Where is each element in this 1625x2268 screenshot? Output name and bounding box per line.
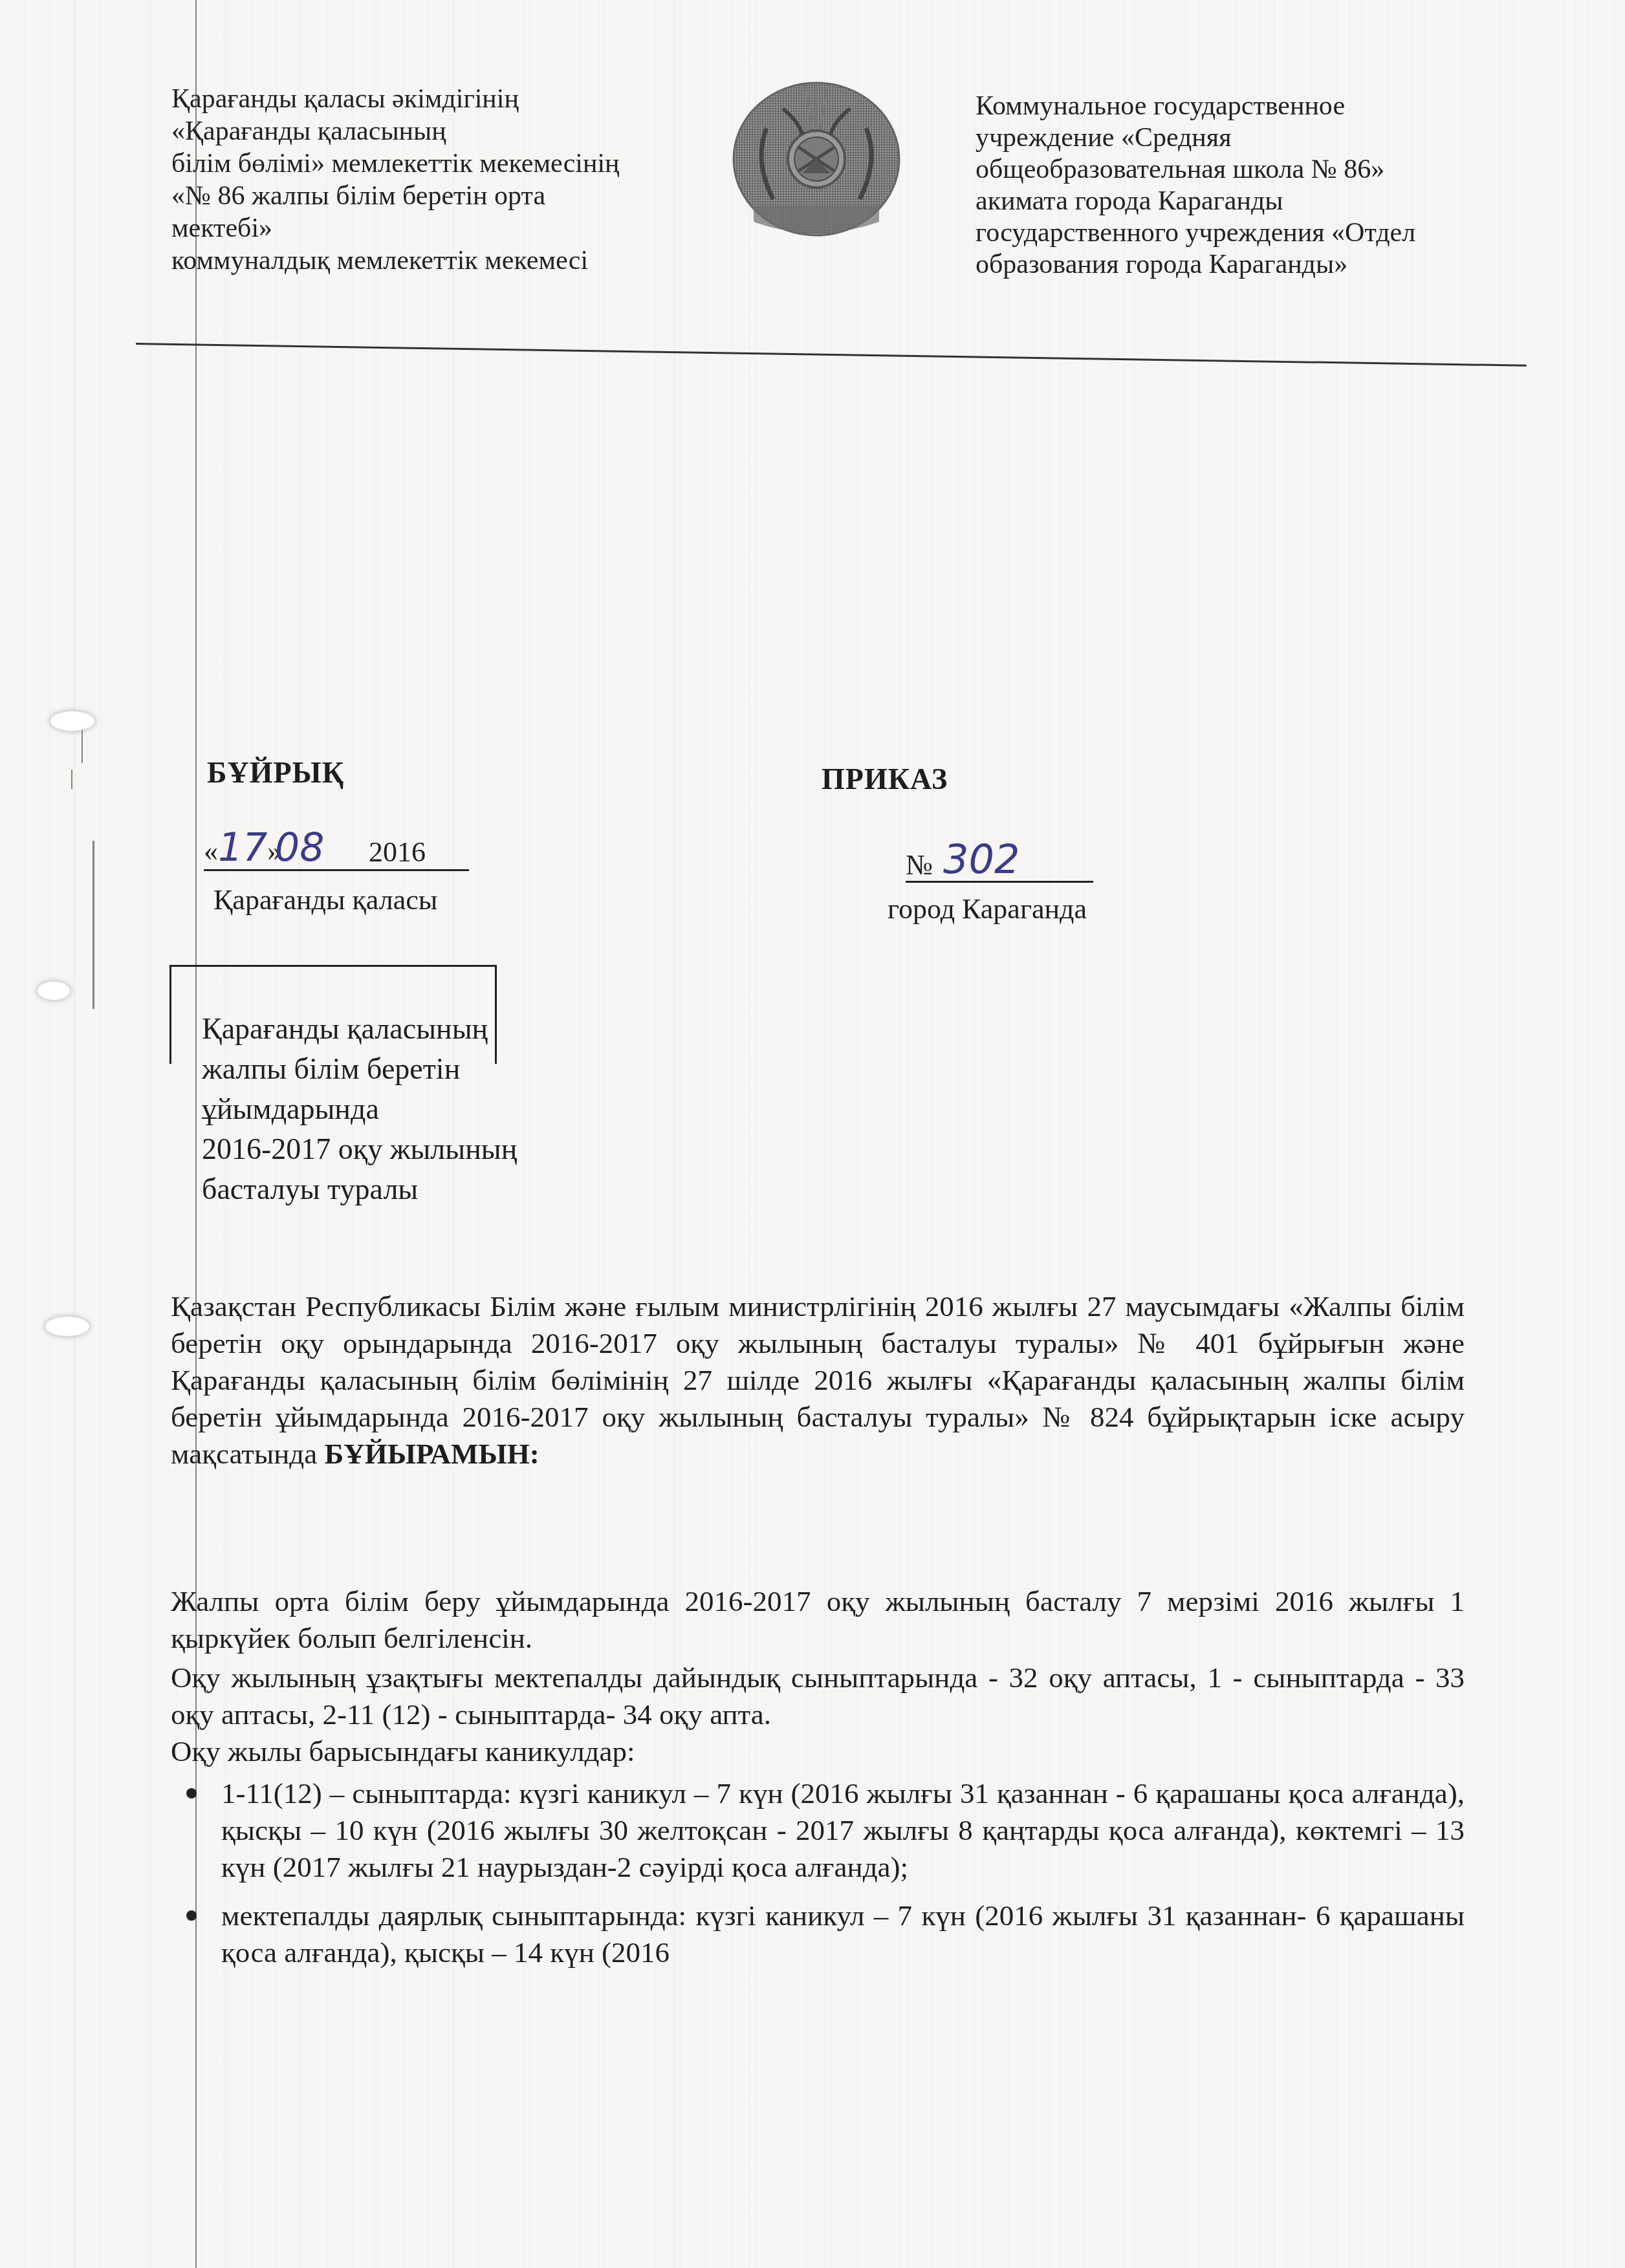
vacation-text: мектепалды даярлық сыныптарында: күзгі к… (221, 1899, 1465, 1969)
subject-line: басталуы туралы (202, 1169, 517, 1209)
number-sign: № (906, 848, 933, 881)
header-org-ru-line: акимата города Караганды (976, 186, 1532, 217)
punch-hole (50, 711, 94, 731)
order-number: № 302 (906, 847, 1093, 883)
city-kz: Қарағанды қаласы (213, 883, 437, 916)
scan-streak (71, 770, 72, 789)
subject-line: жалпы білім беретін (202, 1049, 517, 1089)
duration-paragraph: Оқу жылының ұзақтығы мектепалды дайындық… (171, 1659, 1465, 1733)
header-org-ru-line: общеобразовательная школа № 86» (976, 154, 1532, 186)
header-org-ru: Коммунальное государственное учреждение … (976, 91, 1532, 281)
order-date: «17» 08 2016 (204, 834, 469, 871)
header-org-kz-line: «№ 86 жалпы білім беретін орта (171, 180, 728, 212)
order-date-day: «17» (204, 825, 281, 870)
header-org-kz-line: мектебі» (171, 212, 728, 244)
header-org-kz-line: білім бөлімі» мемлекеттік мекемесінің (171, 147, 728, 180)
start-date-paragraph: Жалпы орта білім беру ұйымдарында 2016-2… (171, 1583, 1465, 1657)
header-divider (136, 343, 1527, 367)
order-directive: БҰЙЫРАМЫН: (324, 1438, 539, 1470)
list-item: мектепалды даярлық сыныптарында: күзгі к… (171, 1897, 1465, 1971)
header-org-kz-line: коммуналдық мемлекеттік мекемесі (171, 244, 728, 277)
preamble-paragraph: Қазақстан Республикасы Білім және ғылым … (171, 1288, 1465, 1473)
order-date-year: 2016 (369, 836, 426, 869)
header-org-ru-line: государственного учреждения «Отдел (976, 217, 1532, 249)
city-ru: город Караганда (888, 892, 1087, 925)
state-emblem-icon (728, 76, 906, 248)
vacation-text: 1-11(12) – сыныптарда: күзгі каникул – 7… (221, 1777, 1465, 1883)
punch-hole (45, 1317, 89, 1336)
subject-line: Қарағанды қаласының (202, 1009, 517, 1049)
header-org-ru-line: образования города Караганды» (976, 249, 1532, 281)
list-item: 1-11(12) – сыныптарда: күзгі каникул – 7… (171, 1775, 1465, 1886)
order-date-month: 08 (275, 825, 324, 870)
bullet-icon (186, 1910, 197, 1921)
vacations-list: 1-11(12) – сыныптарда: күзгі каникул – 7… (171, 1775, 1465, 1983)
header-org-kz-line: «Қарағанды қаласының (171, 115, 728, 147)
scan-streak (82, 728, 83, 763)
punch-hole (38, 982, 70, 1000)
order-title-kz: БҰЙРЫҚ (207, 755, 344, 790)
subject-line: ұйымдарында (202, 1089, 517, 1129)
vacations-intro: Оқу жылы барысындағы каникулдар: (171, 1733, 1465, 1770)
order-subject: Қарағанды қаласының жалпы білім беретін … (202, 1009, 517, 1209)
header-org-kz-line: Қарағанды қаласы әкімдігінің (171, 83, 728, 115)
header-org-ru-line: Коммунальное государственное (976, 91, 1532, 122)
subject-line: 2016-2017 оқу жылының (202, 1129, 517, 1169)
order-number-value: 302 (943, 836, 1020, 883)
header-org-kz: Қарағанды қаласы әкімдігінің «Қарағанды … (171, 83, 728, 277)
order-title-ru: ПРИКАЗ (822, 762, 948, 796)
header-org-ru-line: учреждение «Средняя (976, 122, 1532, 154)
bullet-icon (186, 1788, 197, 1798)
scan-streak (93, 841, 94, 1009)
